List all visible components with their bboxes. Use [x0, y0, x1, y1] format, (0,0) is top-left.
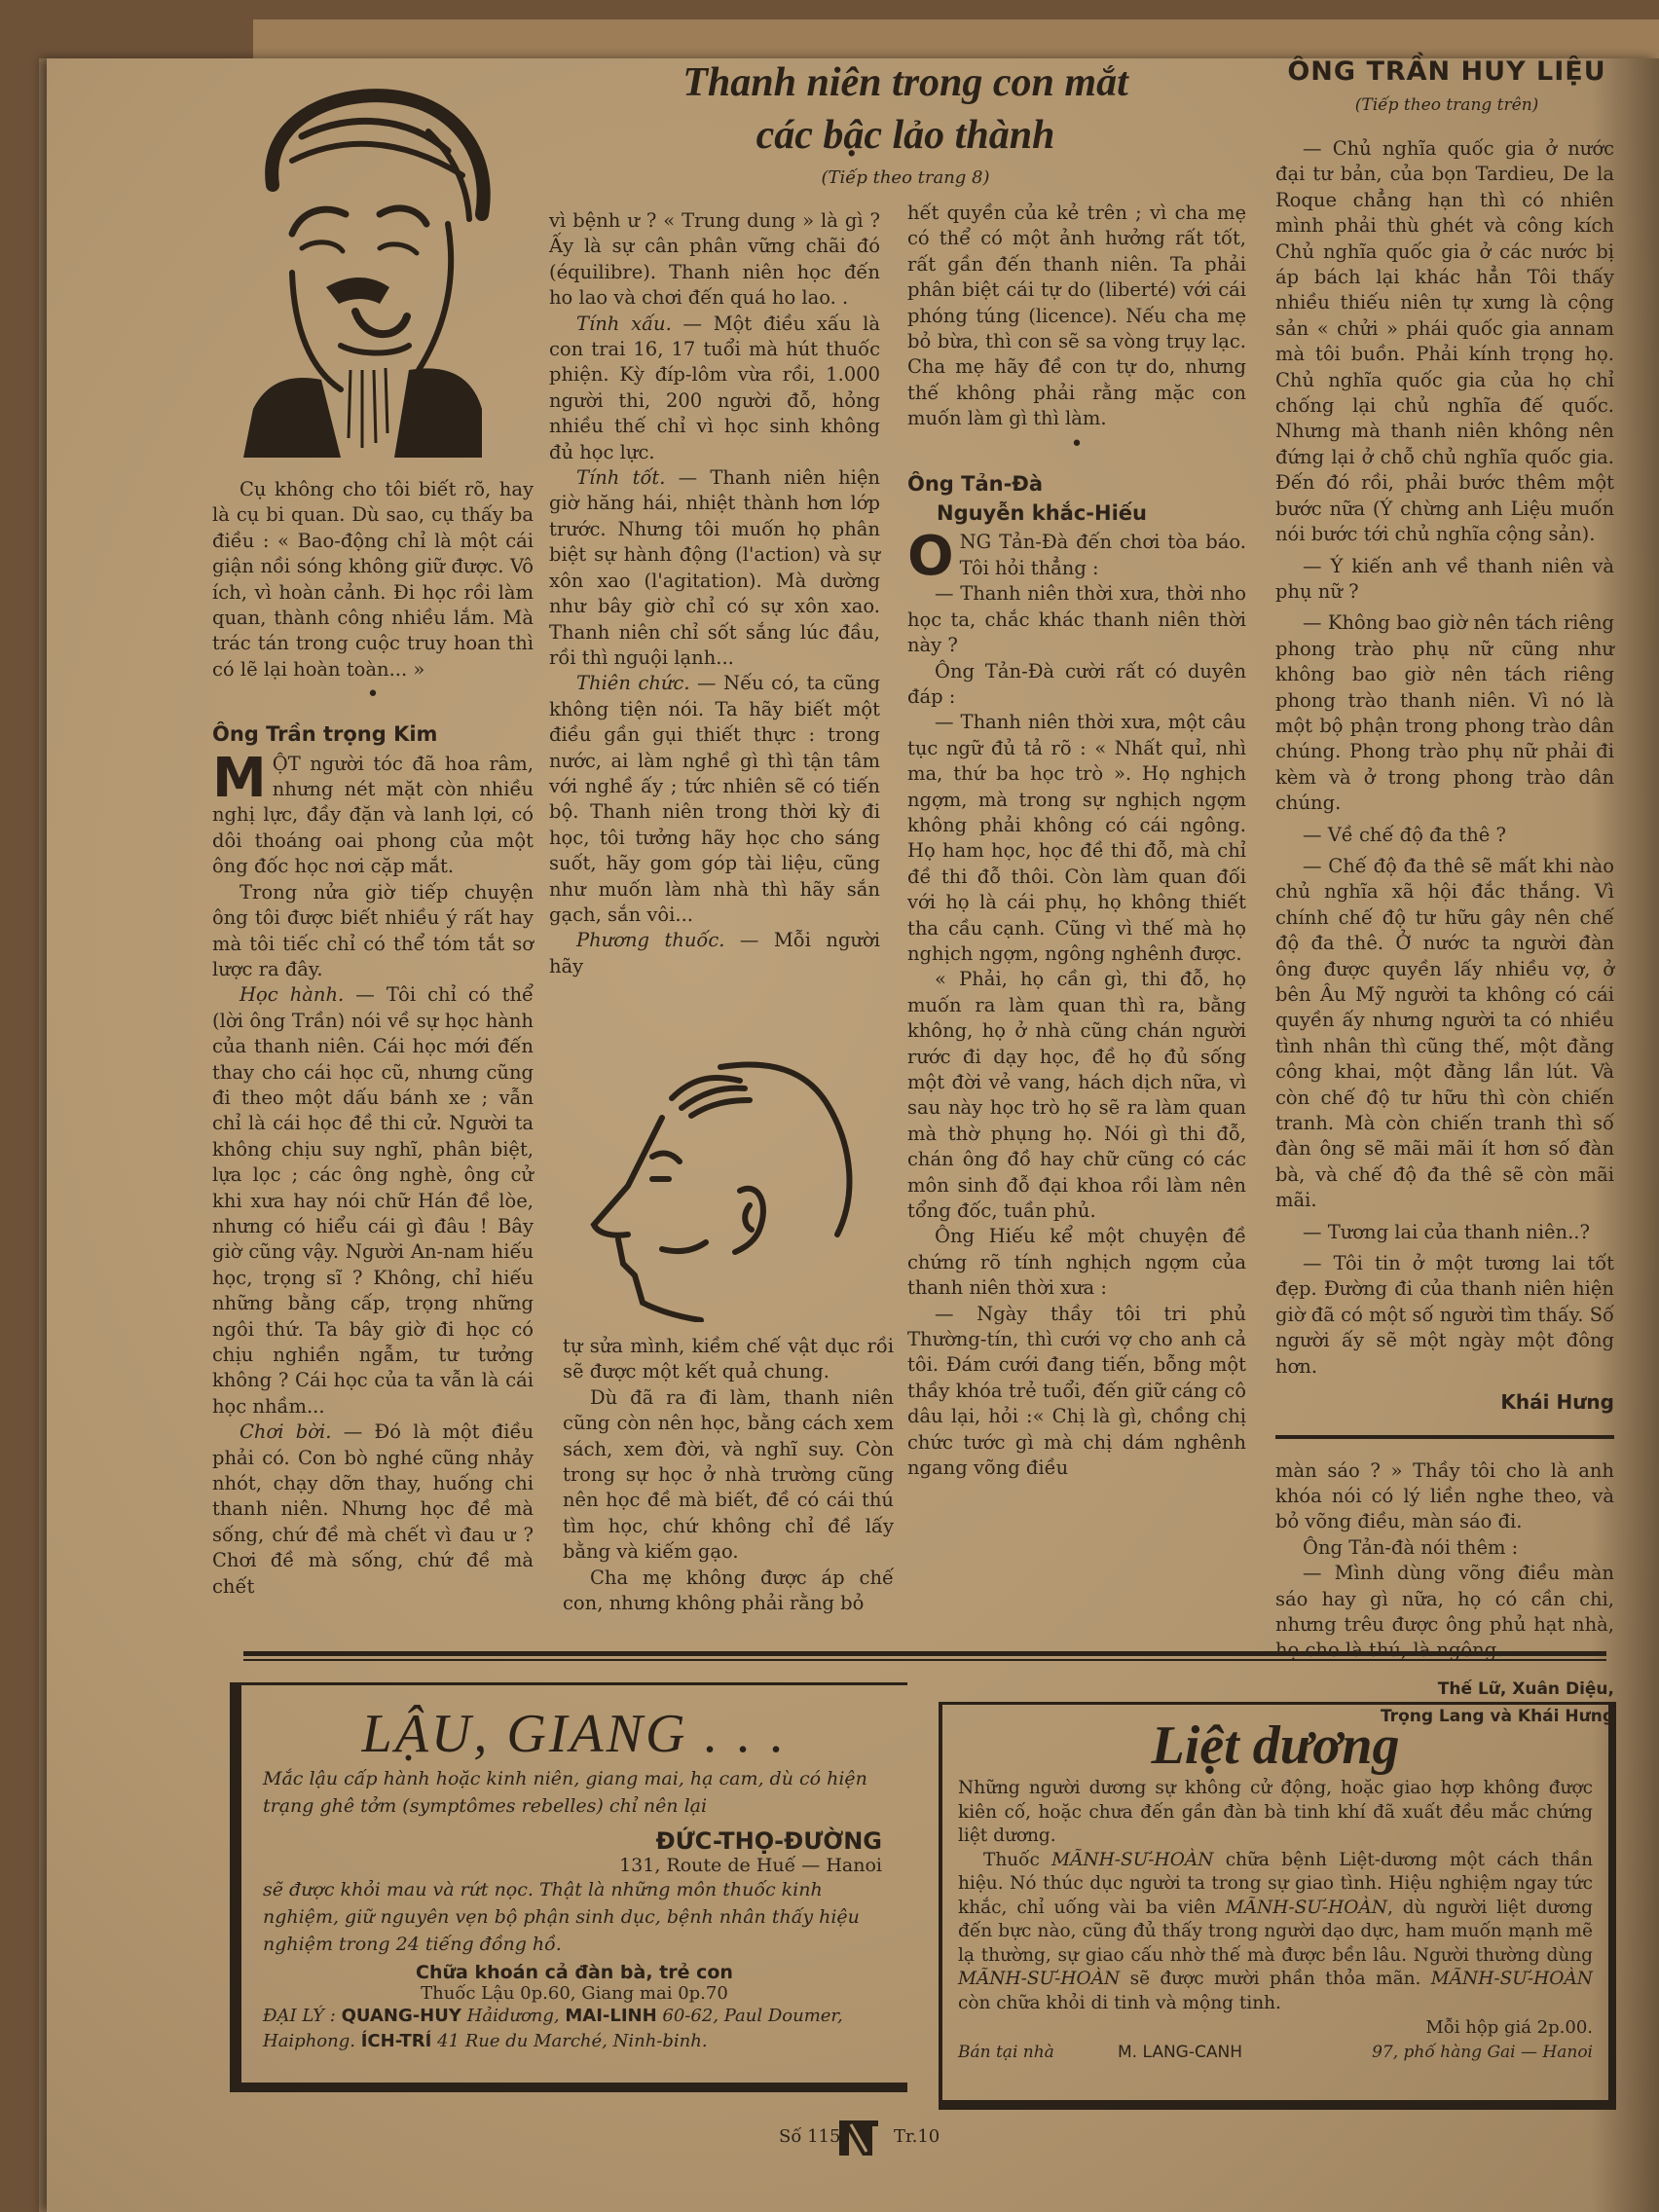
paragraph: vì bệnh ư ? « Trung dung » là gì ? Ấy là… — [549, 208, 880, 312]
paragraph: — Ngày thầy tôi tri phủ Thường-tín, thì … — [907, 1302, 1246, 1482]
issue-number: Số 115 — [779, 2126, 840, 2147]
column-2-bottom: tự sửa mình, kiềm chế vật dục rồi sẽ đượ… — [563, 1334, 894, 1616]
column-4: — Chủ nghĩa quốc gia ở nước đại tư bản, … — [1275, 136, 1614, 1730]
paragraph: Trong nửa giờ tiếp chuyện ông tôi được b… — [212, 880, 534, 983]
paragraph-dropcap: ONG Tản-Đà đến chơi tòa báo. Tôi hỏi thẳ… — [907, 530, 1246, 581]
drop-cap: M — [212, 756, 267, 802]
ad-seller-address: 97, phố hàng Gai — Hanoi — [1372, 2043, 1593, 2062]
article-title-line-1: Thanh niên trong con mắt — [584, 56, 1227, 109]
paragraph: — Không bao giờ nên tách riêng phong trà… — [1275, 610, 1614, 816]
paragraph-dropcap: MỘT người tóc đã hoa râm, nhưng nét mặt … — [212, 752, 534, 880]
paragraph: Ông Tản-đà nói thêm : — [1275, 1535, 1614, 1561]
ad-shop-name: ĐỨC-THỌ-ĐƯỜNG — [241, 1827, 907, 1855]
column-rule — [1275, 1435, 1614, 1439]
ad-agents: ĐẠI LÝ : QUANG-HUY Hảidương, MAI-LINH 60… — [241, 2004, 907, 2054]
paragraph: — Tôi tin ở một tương lai tốt đẹp. Đường… — [1275, 1251, 1614, 1380]
continued-note-right: (Tiếp theo trang trên) — [1262, 95, 1632, 115]
ads-divider-rule — [243, 1651, 1606, 1656]
paragraph: Phương thuốc. — Mỗi người hãy — [549, 928, 880, 979]
signature-khai-hung: Khái Hưng — [1275, 1389, 1614, 1415]
continued-note: (Tiếp theo trang 8) — [584, 167, 1227, 188]
portrait-illustration-icon — [234, 78, 497, 467]
advertisement-manh-su-hoan: Liệt dương Những người dương sự không cử… — [939, 1702, 1616, 2110]
paragraph: Tính tốt. — Thanh niên hiện giờ hăng hái… — [549, 465, 880, 671]
paragraph: Chơi bời. — Đó là một điều phải có. Con … — [212, 1419, 534, 1600]
paragraph: — Thanh niên thời xưa, thời nho học ta, … — [907, 581, 1246, 658]
article-title-line-2: các bậc lảo thành — [584, 109, 1227, 162]
ngay-nay-logo-icon — [837, 2117, 880, 2159]
paragraph: — Chế độ đa thê sẽ mất khi nào chủ nghĩa… — [1275, 854, 1614, 1214]
paragraph: Ông Hiếu kể một chuyện đề chứng rõ tính … — [907, 1224, 1246, 1301]
ads-divider-rule-thin — [243, 1659, 1606, 1661]
paragraph: hết quyền của kẻ trên ; vì cha mẹ có thể… — [907, 201, 1246, 432]
paragraph: Tính xấu. — Một điều xấu là con trai 16,… — [549, 312, 880, 465]
ad-seller: M. LANG-CANH — [1118, 2043, 1242, 2062]
paragraph: « Phải, họ cần gì, thi đỗ, họ muốn ra là… — [907, 967, 1246, 1224]
paragraph: — Thanh niên thời xưa, một câu tục ngữ đ… — [907, 710, 1246, 967]
paragraph: — Tương lai của thanh niên..? — [1275, 1220, 1614, 1245]
profile-sketch-icon — [574, 1050, 866, 1322]
section-heading-tran-trong-kim: Ông Trần trọng Kim — [212, 721, 534, 747]
paragraph: Ông Tản-Đà cười rất có duyên đáp : — [907, 659, 1246, 711]
ad-tagline: Chữa khoán cả đàn bà, trẻ con — [241, 1962, 907, 1983]
column-2-top: vì bệnh ư ? « Trung dung » là gì ? Ấy là… — [549, 208, 880, 979]
paragraph: — Chủ nghĩa quốc gia ở nước đại tư bản, … — [1275, 136, 1614, 548]
ad-headline: LẬU, GIANG . . . — [241, 1703, 907, 1765]
ad-prices: Thuốc Lậu 0p.60, Giang mai 0p.70 — [241, 1983, 907, 2004]
column-1: Cụ không cho tôi biết rõ, hay là cụ bi q… — [212, 477, 534, 1600]
paragraph: tự sửa mình, kiềm chế vật dục rồi sẽ đượ… — [563, 1334, 894, 1385]
paragraph: Cha mẹ không được áp chế con, nhưng khôn… — [563, 1566, 894, 1617]
paragraph: Thiên chức. — Nếu có, ta cũng không tiện… — [549, 671, 880, 928]
ad-sold-at: Bán tại nhà — [958, 2043, 1054, 2062]
ad-body: Những người dương sự không cử động, hoặc… — [942, 1777, 1608, 2015]
ad-intro: Mắc lậu cấp hành hoặc kinh niên, giang m… — [241, 1765, 907, 1820]
section-heading-tan-da: Ông Tản-Đà — [907, 471, 1246, 497]
section-separator-dot: • — [212, 682, 534, 708]
paragraph: — Về chế độ đa thê ? — [1275, 823, 1614, 848]
ad-headline: Liệt dương — [942, 1714, 1608, 1777]
section-subheading-nguyen-khac-hieu: Nguyễn khắc-Hiếu — [907, 500, 1246, 526]
column-3: hết quyền của kẻ trên ; vì cha mẹ có thể… — [907, 201, 1246, 1482]
paragraph: — Mình dùng võng điều màn sáo hay gì nữa… — [1275, 1561, 1614, 1664]
paragraph: Dù đã ra đi làm, thanh niên cũng còn nên… — [563, 1385, 894, 1566]
ad-body: sẽ được khỏi mau và rứt nọc. Thật là nhữ… — [241, 1876, 907, 1958]
paragraph: Cụ không cho tôi biết rõ, hay là cụ bi q… — [212, 477, 534, 682]
ad-footer: Bán tại nhà M. LANG-CANH Mỗi hộp giá 2p.… — [942, 2017, 1608, 2072]
page-footer: Số 115 Tr.10 — [759, 2113, 954, 2161]
paragraph: Học hành. — Tôi chỉ có thể (lời ông Trần… — [212, 982, 534, 1419]
section-separator-dot: • — [907, 432, 1246, 458]
ad-address: 131, Route de Huế — Hanoi — [241, 1855, 907, 1876]
ad-price: Mỗi hộp giá 2p.00. — [1425, 2017, 1593, 2038]
drop-cap: O — [907, 534, 954, 580]
paragraph: — Ý kiến anh về thanh niên và phụ nữ ? — [1275, 554, 1614, 606]
paragraph: màn sáo ? » Thầy tôi cho là anh khóa nói… — [1275, 1458, 1614, 1535]
page-number: Tr.10 — [894, 2126, 940, 2147]
section-title-tran-huy-lieu: ÔNG TRẦN HUY LIỆU — [1262, 56, 1632, 87]
article-title: Thanh niên trong con mắt các bậc lảo thà… — [584, 56, 1227, 162]
advertisement-duc-tho-duong: LẬU, GIANG . . . Mắc lậu cấp hành hoặc k… — [230, 1682, 907, 2092]
